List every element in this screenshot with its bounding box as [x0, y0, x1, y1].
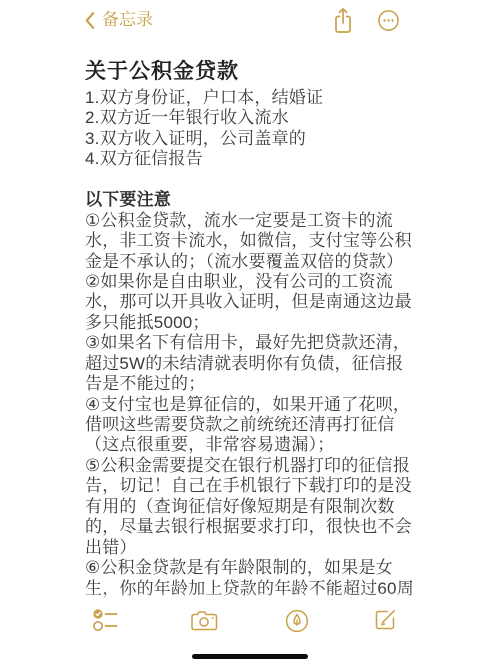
- note-text: 1.双方身份证，户口本，结婚证2.双方近一年银行收入流水3.双方收入证明，公司盖…: [85, 88, 435, 608]
- share-icon[interactable]: [331, 6, 355, 35]
- note-line: 以下要注意: [85, 190, 435, 210]
- note-content[interactable]: 关于公积金贷款 1.双方身份证，户口本，结婚证2.双方近一年银行收入流水3.双方…: [85, 58, 435, 608]
- note-line: ②如果你是自由职业，没有公司的工资流: [85, 272, 435, 292]
- bottom-toolbar: [0, 600, 500, 648]
- note-line: [85, 170, 435, 190]
- note-line: ③如果名下有信用卡，最好先把贷款还清，: [85, 333, 435, 353]
- note-line: 3.双方收入证明，公司盖章的: [85, 129, 435, 149]
- note-line: ①公积金贷款，流水一定要是工资卡的流: [85, 211, 435, 231]
- note-line: ⑤公积金需要提交在银行机器打印的征信报: [85, 456, 435, 476]
- back-label: 备忘录: [102, 9, 153, 31]
- home-indicator[interactable]: [192, 654, 308, 659]
- note-line: 借呗这些需要贷款之前统统还清再打征信: [85, 415, 435, 435]
- checklist-icon[interactable]: [92, 607, 119, 633]
- note-line: 超过5W的未结清就表明你有负债，征信报: [85, 354, 435, 374]
- note-line: 告，切记！自己在手机银行下载打印的是没: [85, 476, 435, 496]
- note-line: 水，非工资卡流水，如微信，支付宝等公积: [85, 231, 435, 251]
- note-line: 金是不承认的；（流水要覆盖双倍的贷款）: [85, 252, 435, 272]
- compose-icon[interactable]: [372, 607, 398, 633]
- note-line: 多只能抵5000；: [85, 313, 435, 333]
- note-line: ⑥公积金贷款是有年龄限制的，如果是女: [85, 558, 435, 578]
- notes-app-screen: 备忘录 关于公积金贷款 1.双方身份证，户口本，结婚证2.双方近一年银行收入流水…: [0, 0, 500, 667]
- note-line: 出错）: [85, 538, 435, 558]
- note-title: 关于公积金贷款: [85, 58, 435, 85]
- note-line: 有用的（查询征信好像短期是有限制次数: [85, 497, 435, 517]
- markup-icon[interactable]: [284, 608, 310, 634]
- camera-icon[interactable]: [190, 610, 219, 631]
- note-line: 4.双方征信报告: [85, 149, 435, 169]
- back-button[interactable]: 备忘录: [84, 9, 153, 31]
- note-line: 生，你的年龄加上贷款的年龄不能超过60周: [85, 579, 435, 599]
- more-options-icon[interactable]: [377, 9, 400, 32]
- note-line: 水，那可以开具收入证明，但是南通这边最: [85, 292, 435, 312]
- note-line: 的，尽量去银行根据要求打印，很快也不会: [85, 517, 435, 537]
- note-line: 告是不能过的；: [85, 374, 435, 394]
- note-line: 1.双方身份证，户口本，结婚证: [85, 88, 435, 108]
- back-chevron-icon: [84, 11, 95, 30]
- note-line: 2.双方近一年银行收入流水: [85, 108, 435, 128]
- note-line: ④支付宝也是算征信的，如果开通了花呗，: [85, 395, 435, 415]
- nav-bar: 备忘录: [0, 0, 500, 44]
- note-line: （这点很重要，非常容易遗漏）；: [85, 435, 435, 455]
